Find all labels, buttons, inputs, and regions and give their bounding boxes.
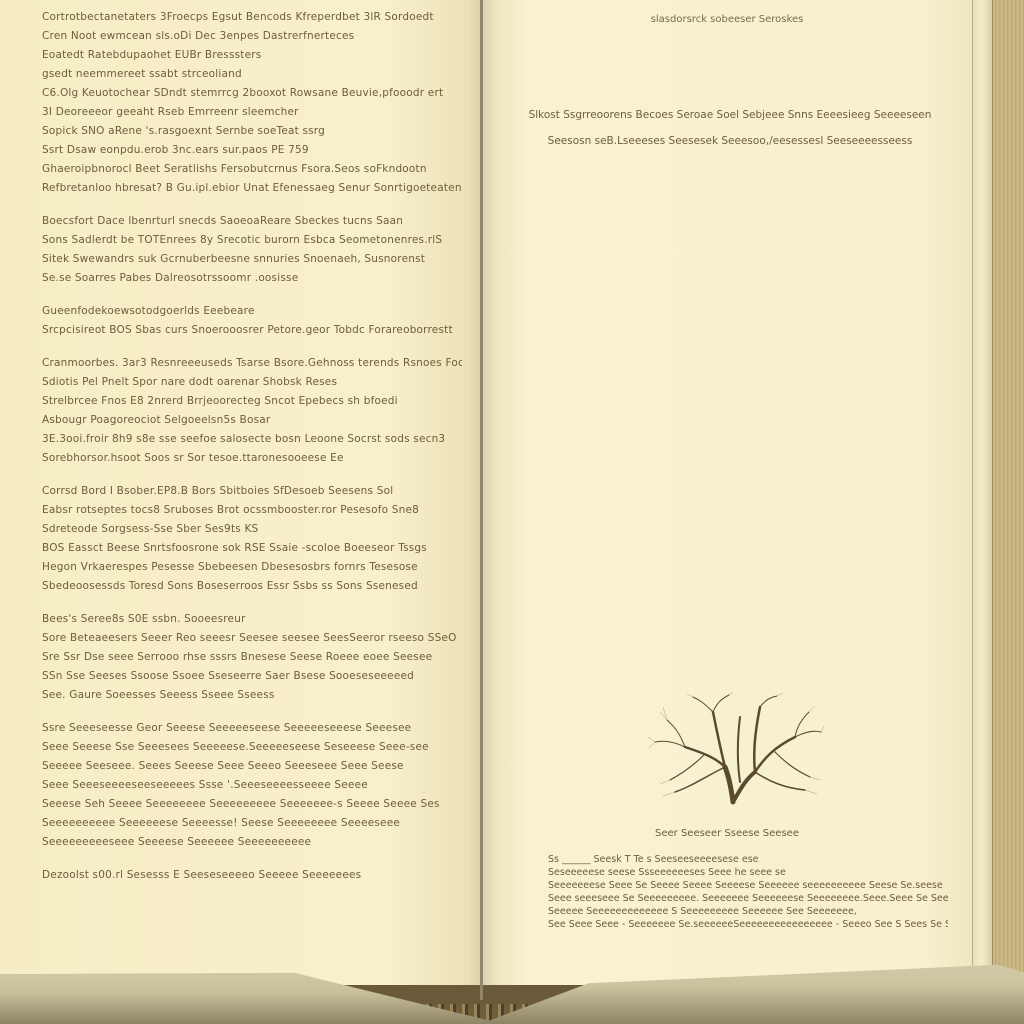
text-line: Dezoolst s00.rl Sesesss E Seeseseeeeo Se… — [42, 866, 462, 885]
text-line: Refbretanloo hbresat? B Gu.ipl.ebior Una… — [42, 179, 462, 198]
text-line: Sorebhorsor.hsoot Soos sr Sor tesoe.ttar… — [42, 449, 462, 468]
text-line: Seee seeeseee Se Seeeeeeeee. Seeeeeee Se… — [548, 892, 948, 905]
paragraph: Cortrotbectanetaters 3Froecps Egsut Benc… — [42, 8, 462, 198]
paragraph: Boecsfort Dace lbenrturl snecds SaoeoaRe… — [42, 212, 462, 288]
text-line: BOS Eassct Beese Snrtsfoosrone sok RSE S… — [42, 539, 462, 558]
left-page: Cortrotbectanetaters 3Froecps Egsut Benc… — [0, 0, 482, 985]
text-line: Sitek Swewandrs suk Gcrnuberbeesne snnur… — [42, 250, 462, 269]
paragraph: Bees's Seree8s S0E ssbn. SooeesreurSore … — [42, 610, 462, 705]
paragraph: Gueenfodekoewsotodgoerlds EeebeareSrcpci… — [42, 302, 462, 340]
text-line: Eabsr rotseptes tocs8 Sruboses Brot ocss… — [42, 501, 462, 520]
text-line: See Seee Seee - Seeeeeee Se.seeeeeeSeeee… — [548, 918, 948, 931]
text-line: Srcpcisireot BOS Sbas curs Snoerooosrer … — [42, 321, 462, 340]
text-line: Corrsd Bord I Bsober.EP8.B Bors Sbitboie… — [42, 482, 462, 501]
open-book: Cortrotbectanetaters 3Froecps Egsut Benc… — [0, 0, 1024, 1024]
text-line: Boecsfort Dace lbenrturl snecds SaoeoaRe… — [42, 212, 462, 231]
text-line: Ss ______ Seesk T Te s Seeseeseeeesese e… — [548, 853, 948, 866]
page-stack-right — [972, 0, 993, 995]
text-line: Seesosn seB.Lseeeses Seesesek Seeesoo,/e… — [500, 128, 960, 154]
text-line: Cren Noot ewmcean sls.oDi Dec 3enpes Das… — [42, 27, 462, 46]
text-line: Strelbrcee Fnos E8 2nrerd Brrjeoorecteg … — [42, 392, 462, 411]
text-line: Sbedeoosessds Toresd Sons Boseserroos Es… — [42, 577, 462, 596]
paragraph: Cranmoorbes. 3ar3 Resnreeeuseds Tsarse B… — [42, 354, 462, 468]
text-line: Hegon Vrkaerespes Pesesse Sbebeesen Dbes… — [42, 558, 462, 577]
text-line: Ssrt Dsaw eonpdu.erob 3nc.ears sur.paos … — [42, 141, 462, 160]
text-line: Slkost Ssgrreoorens Becoes Seroae Soel S… — [500, 102, 960, 128]
text-line: C6.Olg Keuotochear SDndt stemrrcg 2booxo… — [42, 84, 462, 103]
paragraph: Ssre Seeeseesse Geor Seeese Seeeeeseese … — [42, 719, 462, 852]
text-line: Cranmoorbes. 3ar3 Resnreeeuseds Tsarse B… — [42, 354, 462, 373]
text-line: 3I Deoreeeor geeaht Rseb Emrreenr sleemc… — [42, 103, 462, 122]
text-line: Gueenfodekoewsotodgoerlds Eeebeare — [42, 302, 462, 321]
left-page-text: Cortrotbectanetaters 3Froecps Egsut Benc… — [42, 8, 462, 899]
text-line: Sopick SNO aRene 's.rasgoexnt Sernbe soe… — [42, 122, 462, 141]
text-line: Bees's Seree8s S0E ssbn. Sooeesreur — [42, 610, 462, 629]
text-line: Sre Ssr Dse seee Serrooo rhse sssrs Bnes… — [42, 648, 462, 667]
text-line: Seeeee Seeseee. Seees Seeese Seee Seeeo … — [42, 757, 462, 776]
text-line: Se.se Soarres Pabes Dalreosotrssoomr .oo… — [42, 269, 462, 288]
paragraph: Corrsd Bord I Bsober.EP8.B Bors Sbitboie… — [42, 482, 462, 596]
text-line: Seeeeeeeeeseee Seeeese Seeeeee Seeeeeeee… — [42, 833, 462, 852]
text-line: SSn Sse Seeses Ssoose Ssoee Sseseerre Sa… — [42, 667, 462, 686]
text-line: Ghaeroipbnorocl Beet Seratlishs Fersobut… — [42, 160, 462, 179]
text-line: Ssre Seeeseesse Geor Seeese Seeeeeseese … — [42, 719, 462, 738]
text-line: Seee Seeeseeeeseeseeeees Ssse '.Seeeseee… — [42, 776, 462, 795]
text-line: Sdiotis Pel Pnelt Spor nare dodt oarenar… — [42, 373, 462, 392]
text-line: Cortrotbectanetaters 3Froecps Egsut Benc… — [42, 8, 462, 27]
bare-tree-icon — [645, 692, 825, 807]
book-gutter — [480, 0, 483, 1000]
chapter-subtitle: Slkost Ssgrreoorens Becoes Seroae Soel S… — [500, 102, 960, 154]
paragraph: Dezoolst s00.rl Sesesss E Seeseseeeeo Se… — [42, 866, 462, 885]
page-edges — [990, 0, 1024, 1000]
text-line: Seee Seeese Sse Seeesees Seeeeese.Seeeee… — [42, 738, 462, 757]
running-header: slasdorsrck sobeeser Seroskes — [482, 14, 972, 25]
text-line: 3E.3ooi.froir 8h9 s8e sse seefoe salosec… — [42, 430, 462, 449]
text-line: Sdreteode Sorgsess-Sse Sber Ses9ts KS — [42, 520, 462, 539]
caption-text: Ss ______ Seesk T Te s Seeseeseeeesese e… — [548, 853, 948, 931]
text-line: See. Gaure Soeesses Seeess Sseee Sseess — [42, 686, 462, 705]
illustration-caption: Seer Seeseer Sseese Seesee — [482, 828, 972, 839]
text-line: Seeeeeeeeee Seeeeeese Seeeesse! Seese Se… — [42, 814, 462, 833]
text-line: Asbougr Poagoreociot Selgoeelsn5s Bosar — [42, 411, 462, 430]
text-line: Seseeeeese seese Ssseeeeeeses Seee he se… — [548, 866, 948, 879]
text-line: Seeeeeeese Seee Se Seeee Seeee Seeeese S… — [548, 879, 948, 892]
text-line: Seeese Seh Seeee Seeeeeeee Seeeeeeeee Se… — [42, 795, 462, 814]
text-line: Seeeee Seeeeeeeeeeeee S Seeeeeeeee Seeee… — [548, 905, 948, 918]
text-line: Sore Beteaeesers Seeer Reo seeesr Seesee… — [42, 629, 462, 648]
text-line: Sons Sadlerdt be TOTEnrees 8y Srecotic b… — [42, 231, 462, 250]
text-line: gsedt neemmereet ssabt strceoliand — [42, 65, 462, 84]
text-line: Eoatedt Ratebdupaohet EUBr Bresssters — [42, 46, 462, 65]
